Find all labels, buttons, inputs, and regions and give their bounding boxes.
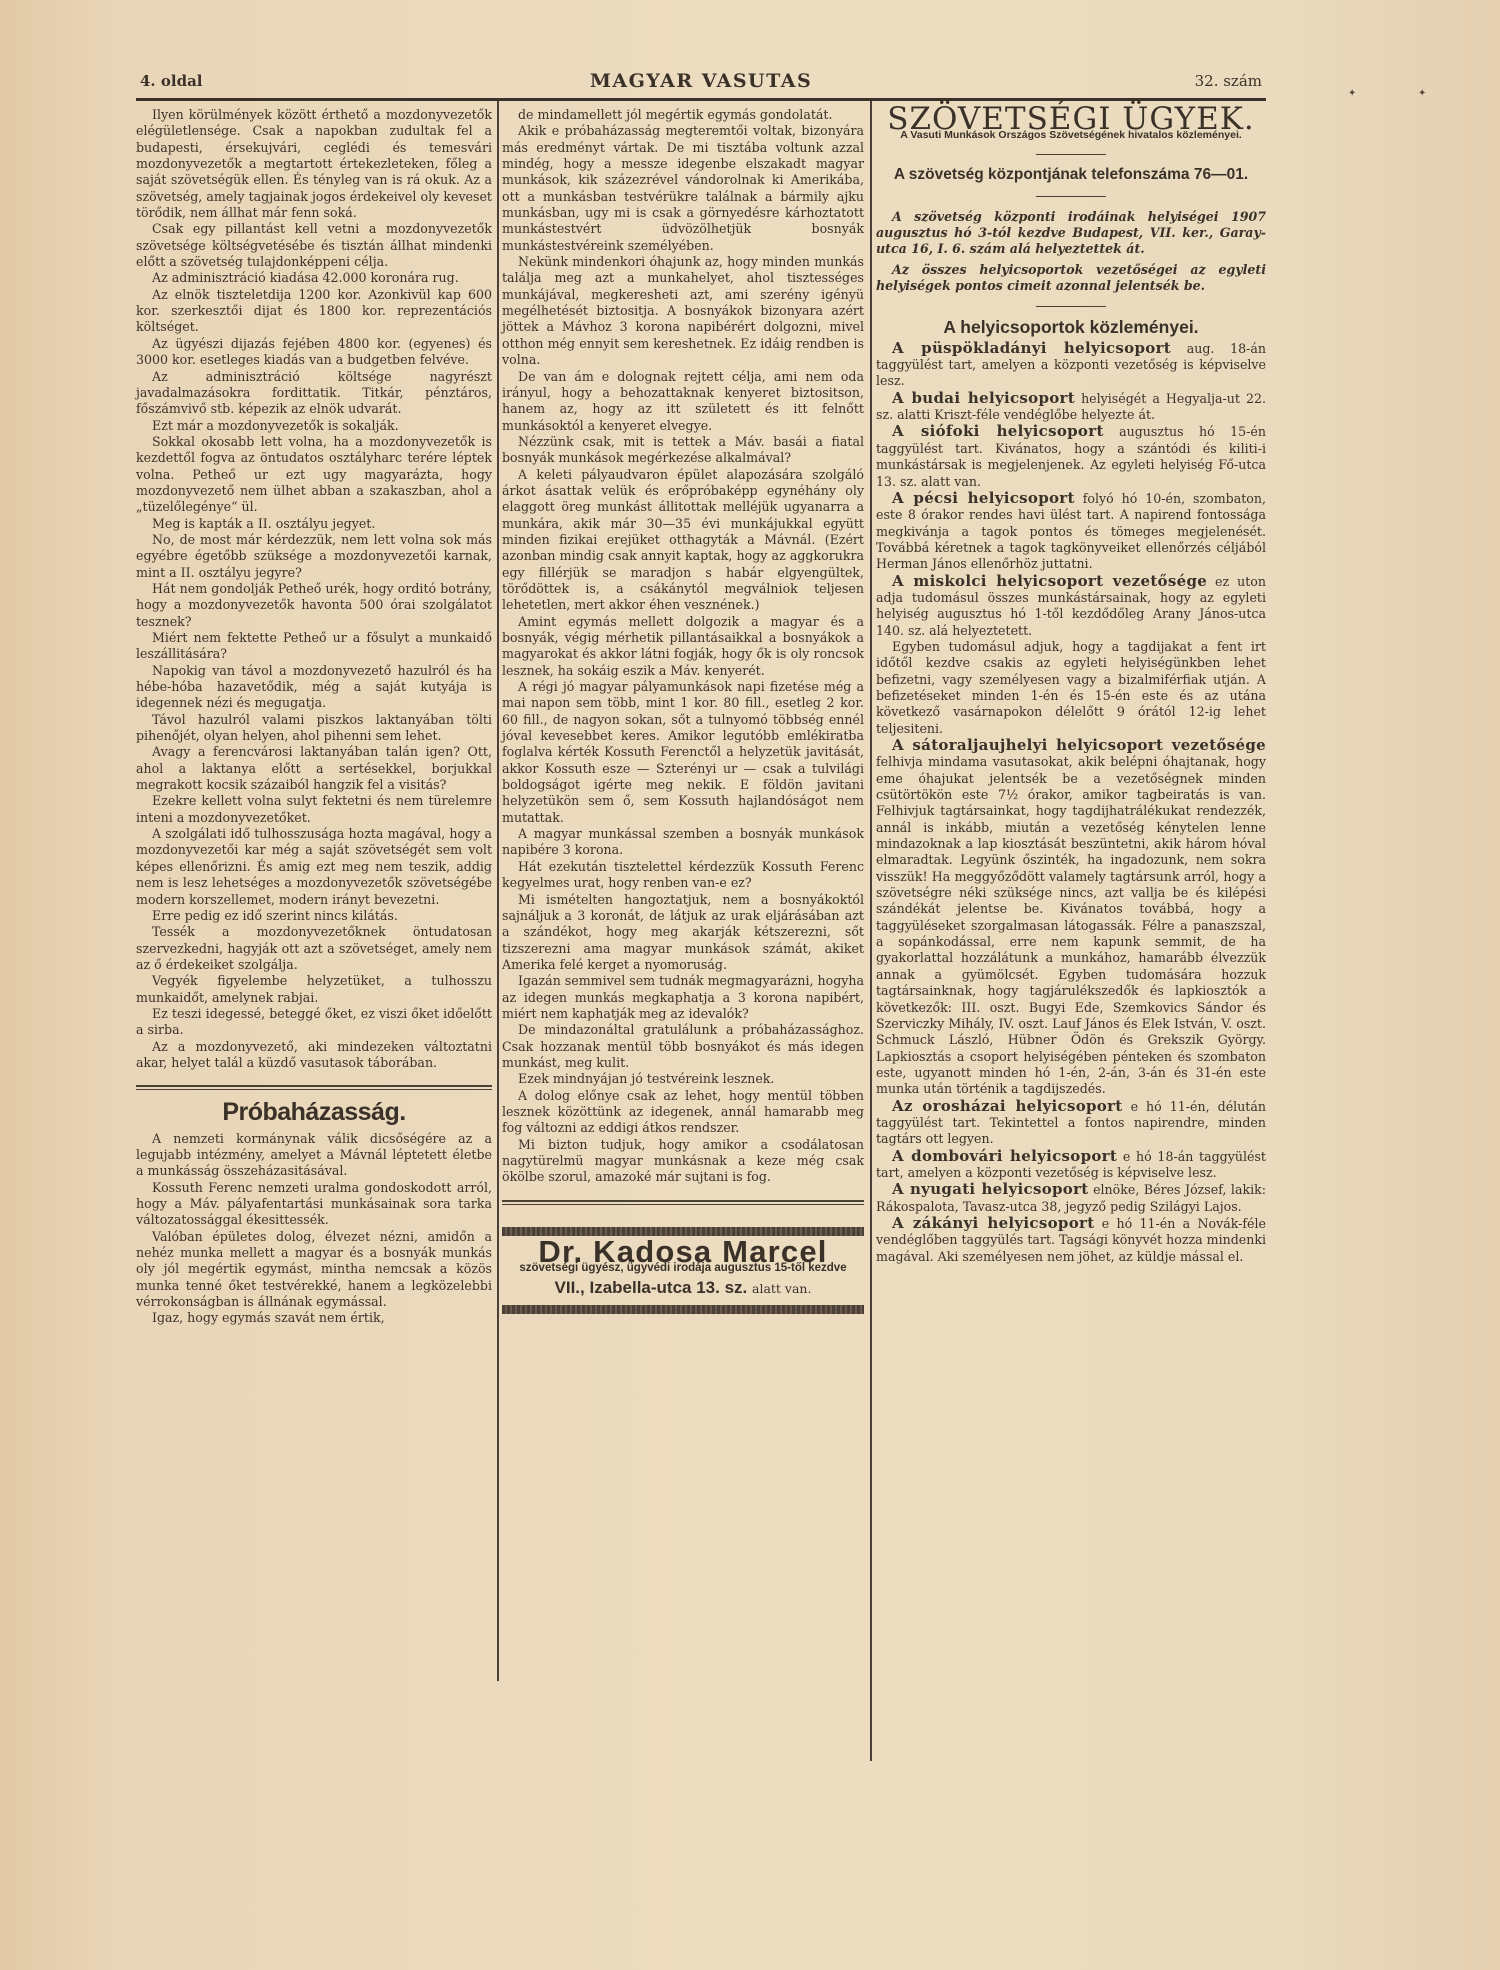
paragraph: A magyar munkással szemben a bosnyák mun…: [502, 826, 864, 859]
group-name: A budai helyicsoport: [892, 389, 1075, 407]
group-notices: A püspökladányi helyicsoport aug. 18-án …: [876, 340, 1266, 1265]
ad-description: szövetségi ügyész, ügyvédi irodája augus…: [502, 1262, 864, 1275]
newspaper-title: MAGYAR VASUTAS: [136, 70, 1266, 92]
column-left: Ilyen körülmények között érthető a mozdo…: [136, 107, 492, 1327]
group-notice: Az orosházai helyicsoport e hó 11-én, dé…: [876, 1098, 1266, 1148]
paragraph: Ezekre kellett volna sulyt fektetni és n…: [136, 793, 492, 826]
paragraph: A dolog előnye csak az lehet, hogy mentü…: [502, 1088, 864, 1137]
paragraph: A szolgálati idő tulhosszusága hozta mag…: [136, 826, 492, 908]
group-name: A dombovári helyicsoport: [892, 1147, 1117, 1165]
short-rule: [1036, 306, 1106, 307]
group-notice: Egyben tudomásul adjuk, hogy a tagdijaka…: [876, 639, 1266, 737]
paragraph: Avagy a ferencvárosi laktanyában talán i…: [136, 744, 492, 793]
notice: Az összes helyicsoportok vezetőségei az …: [876, 262, 1266, 295]
column-middle: de mindamellett jól megértik egymás gond…: [502, 107, 864, 1314]
group-name: A püspökladányi helyicsoport: [892, 339, 1171, 357]
group-name: A siófoki helyicsoport: [892, 422, 1104, 440]
masthead: 4. oldal MAGYAR VASUTAS 32. szám: [136, 72, 1266, 96]
paragraph: A régi jó magyar pályamunkások napi fize…: [502, 679, 864, 826]
group-name: A nyugati helyicsoport: [892, 1180, 1089, 1198]
group-notice: A miskolci helyicsoport vezetősége ez ut…: [876, 573, 1266, 639]
group-text: Egyben tudomásul adjuk, hogy a tagdijaka…: [876, 639, 1266, 736]
group-text: felhivja mindama vasutasokat, akik belép…: [876, 754, 1266, 1096]
issue-number: 32. szám: [1195, 72, 1262, 90]
paragraph: Hát nem gondolják Petheő urék, hogy ordi…: [136, 581, 492, 630]
paragraph: De van ám e dolognak rejtett célja, ami …: [502, 369, 864, 434]
paragraph: A nemzeti kormánynak válik dicsőségére a…: [136, 1131, 492, 1180]
section-rule: [502, 1200, 864, 1205]
paragraph: Csak egy pillantást kell vetni a mozdony…: [136, 221, 492, 270]
group-name: Az orosházai helyicsoport: [892, 1097, 1123, 1115]
paragraph: Ez teszi idegessé, beteggé őket, ez visz…: [136, 1006, 492, 1039]
article-title: Próbaházasság.: [136, 1104, 492, 1120]
scan-mark: ✦: [1348, 88, 1356, 99]
column-divider: [870, 101, 872, 1761]
paragraph: Akik e próbaházasság megteremtői voltak,…: [502, 123, 864, 254]
group-notice: A dombovári helyicsoport e hó 18-án tagg…: [876, 1148, 1266, 1182]
paragraph: Az adminisztráció költsége nagyrészt jav…: [136, 369, 492, 418]
paragraph: Hát ezekután tisztelettel kérdezzük Koss…: [502, 859, 864, 892]
paragraph: Kossuth Ferenc nemzeti uralma gondoskodo…: [136, 1180, 492, 1229]
phone-notice: A szövetség központjának telefonszáma 76…: [876, 167, 1266, 183]
paragraph: Igaz, hogy egymás szavát nem értik,: [136, 1310, 492, 1326]
paragraph: Meg is kapták a II. osztályu jegyet.: [136, 516, 492, 532]
paragraph: Az elnök tiszteletdija 1200 kor. Azonkiv…: [136, 287, 492, 336]
paragraph: No, de most már kérdezzük, nem lett voln…: [136, 532, 492, 581]
column-right: SZÖVETSÉGI ÜGYEK. A Vasuti Munkások Orsz…: [876, 107, 1266, 1265]
advertisement: Dr. Kadosa Marcel szövetségi ügyész, ügy…: [502, 1227, 864, 1315]
scan-mark: ✦: [1418, 88, 1426, 99]
section-rule: [136, 1085, 492, 1090]
paragraph: Mi ismételten hangoztatjuk, nem a bosnyá…: [502, 892, 864, 974]
paragraph: Az a mozdonyvezető, aki mindezeken válto…: [136, 1039, 492, 1072]
paragraph: Miért nem fektette Petheő ur a fősulyt a…: [136, 630, 492, 663]
article-body: Ilyen körülmények között érthető a mozdo…: [136, 107, 492, 1071]
group-name: A sátoraljaujhelyi helyicsoport vezetősé…: [892, 736, 1266, 754]
paragraph: Ezt már a mozdonyvezetők is sokalják.: [136, 418, 492, 434]
paragraph: Napokig van távol a mozdonyvezető hazulr…: [136, 663, 492, 712]
group-notice: A sátoraljaujhelyi helyicsoport vezetősé…: [876, 737, 1266, 1098]
paragraph: Távol hazulról valami piszkos laktanyába…: [136, 712, 492, 745]
group-notice: A budai helyicsoport helyiségét a Hegyal…: [876, 390, 1266, 424]
paragraph: Valóban épületes dolog, élvezet nézni, a…: [136, 1229, 492, 1311]
group-notice: A pécsi helyicsoport folyó hó 10-én, szo…: [876, 490, 1266, 573]
notice: A szövetség központi irodáinak helyisége…: [876, 209, 1266, 258]
paragraph: Amint egymás mellett dolgozik a magyar é…: [502, 614, 864, 679]
paragraph: Ezek mindnyájan jó testvéreink lesznek.: [502, 1071, 864, 1087]
group-notice: A püspökladányi helyicsoport aug. 18-án …: [876, 340, 1266, 390]
paragraph: Sokkal okosabb lett volna, ha a mozdonyv…: [136, 434, 492, 516]
groups-title: A helyicsoportok közleményei.: [876, 319, 1266, 335]
ad-border-bottom: [502, 1305, 864, 1314]
ad-address: VII., Izabella-utca 13. sz. alatt van.: [502, 1280, 864, 1297]
group-notice: A siófoki helyicsoport augusztus hó 15-é…: [876, 423, 1266, 489]
paragraph: de mindamellett jól megértik egymás gond…: [502, 107, 864, 123]
paragraph: Tessék a mozdonyvezetőknek öntudatosan s…: [136, 924, 492, 973]
section-title: SZÖVETSÉGI ÜGYEK.: [876, 111, 1266, 127]
paragraph: Nekünk mindenkori óhajunk az, hogy minde…: [502, 254, 864, 368]
section-subtitle: A Vasuti Munkások Országos Szövetségének…: [876, 129, 1266, 142]
paragraph: Nézzünk csak, mit is tettek a Máv. basái…: [502, 434, 864, 467]
group-name: A zákányi helyicsoport: [892, 1214, 1094, 1232]
paragraph: De mindazonáltal gratulálunk a próbaháza…: [502, 1022, 864, 1071]
column-divider: [497, 101, 499, 1681]
paragraph: Az adminisztráció kiadása 42.000 koronár…: [136, 270, 492, 286]
paragraph: Erre pedig ez idő szerint nincs kilátás.: [136, 908, 492, 924]
paragraph: Igazán semmivel sem tudnák megmagyarázni…: [502, 973, 864, 1022]
group-name: A miskolci helyicsoport vezetősége: [892, 572, 1207, 590]
short-rule: [1036, 196, 1106, 197]
ad-name: Dr. Kadosa Marcel: [502, 1244, 864, 1260]
short-rule: [1036, 154, 1106, 155]
group-name: A pécsi helyicsoport: [892, 489, 1075, 507]
paragraph: Az ügyészi dijazás fejében 4800 kor. (eg…: [136, 336, 492, 369]
columns: Ilyen körülmények között érthető a mozdo…: [136, 101, 1266, 1861]
article-body: A nemzeti kormánynak válik dicsőségére a…: [136, 1131, 492, 1327]
newspaper-page: 4. oldal MAGYAR VASUTAS 32. szám Ilyen k…: [136, 72, 1266, 1861]
paragraph: Mi bizton tudjuk, hogy amikor a csodálat…: [502, 1137, 864, 1186]
group-notice: A zákányi helyicsoport e hó 11-én a Nová…: [876, 1215, 1266, 1265]
paragraph: A keleti pályaudvaron épület alapozására…: [502, 467, 864, 614]
group-notice: A nyugati helyicsoport elnöke, Béres Józ…: [876, 1181, 1266, 1215]
paragraph: Vegyék figyelembe helyzetüket, a tulhoss…: [136, 973, 492, 1006]
article-body: de mindamellett jól megértik egymás gond…: [502, 107, 864, 1186]
paragraph: Ilyen körülmények között érthető a mozdo…: [136, 107, 492, 221]
